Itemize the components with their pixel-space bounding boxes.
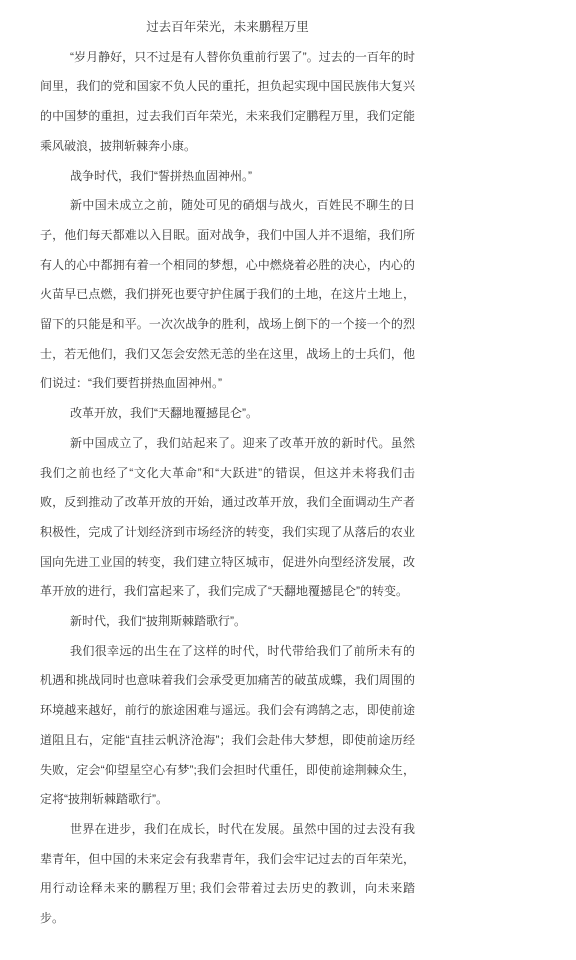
essay-paragraph-newera-lead: 新时代，我们“披荆斯棘踏歌行”。 xyxy=(40,607,415,637)
essay-paragraph-conclusion: 世界在进步，我们在成长，时代在发展。虽然中国的过去没有我辈青年，但中国的未来定会… xyxy=(40,815,415,934)
essay-paragraph-war-body: 新中国未成立之前，随处可见的硝烟与战火，百姓民不聊生的日子，他们每天都难以入目眠… xyxy=(40,191,415,399)
essay-paragraph-reform-lead: 改革开放，我们“天翻地覆撼昆仑”。 xyxy=(40,399,415,429)
essay-text-column: 过去百年荣光，未来鹏程万里 “岁月静好，只不过是有人替你负重前行罢了”。过去的一… xyxy=(40,13,415,934)
document-page: 过去百年荣光，未来鹏程万里 “岁月静好，只不过是有人替你负重前行罢了”。过去的一… xyxy=(0,0,576,960)
essay-paragraph-war-lead: 战争时代，我们“誓拼热血固神州。” xyxy=(40,162,415,192)
essay-paragraph-newera-body: 我们很幸远的出生在了这样的时代，时代带给我们了前所未有的机遇和挑战同时也意味着我… xyxy=(40,637,415,815)
essay-paragraph-intro: “岁月静好，只不过是有人替你负重前行罢了”。过去的一百年的时间里，我们的党和国家… xyxy=(40,43,415,162)
essay-title: 过去百年荣光，未来鹏程万里 xyxy=(40,13,415,43)
essay-paragraph-reform-body: 新中国成立了，我们站起来了。迎来了改革开放的新时代。虽然我们之前也经了“文化大革… xyxy=(40,429,415,607)
